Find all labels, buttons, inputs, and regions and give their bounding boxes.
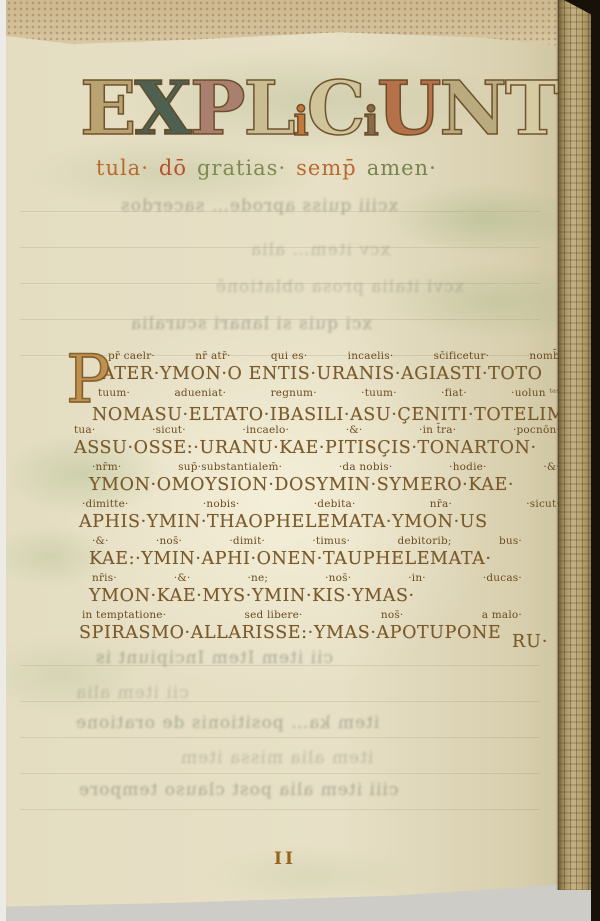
prayer-line: ·dimitte··nobis··debita·nr̄a··sicut·APHI… — [74, 498, 560, 535]
interlinear-gloss: in temptatione·sed libere·nos̄·a malo· — [82, 609, 522, 621]
gloss-word: ·in· — [408, 572, 426, 584]
rubric-word: semp̄ — [296, 156, 357, 180]
prayer-continuation: RU· — [512, 632, 549, 652]
title-letter: C — [307, 66, 364, 152]
gloss-word: ·ne; — [247, 572, 268, 584]
gloss-word: ·uolun ᵗᵃˢ — [511, 387, 560, 399]
gloss-word: ·&· — [92, 535, 109, 547]
title-letter: E — [80, 66, 134, 152]
gloss-word: a malo· — [482, 609, 522, 621]
prayer-line: tuum·adueniat·regnum··tuum··fiat··uolun … — [74, 387, 560, 424]
gloss-word: ·hodie· — [449, 461, 486, 473]
rubric-word: dō — [159, 156, 187, 180]
gloss-word: tuum· — [98, 387, 130, 399]
gloss-word: ·incaelo· — [242, 424, 289, 436]
interlinear-gloss: ·dimitte··nobis··debita·nr̄a··sicut· — [82, 498, 560, 510]
prayer-line: ·nr̄m·sup̄·substantialem̄··da nobis··hod… — [74, 461, 560, 498]
gloss-word: ·nr̄m· — [92, 461, 121, 473]
rubric-word: gratias· — [197, 156, 286, 180]
interlinear-gloss: ·nr̄m·sup̄·substantialem̄··da nobis··hod… — [92, 461, 560, 473]
interlinear-gloss: tuum·adueniat·regnum··tuum··fiat··uolun … — [98, 387, 560, 399]
gloss-word: ·pocnōn· — [513, 424, 560, 436]
gloss-word: sup̄·substantialem̄· — [178, 461, 282, 473]
folio-number: II — [274, 849, 296, 869]
rubric-word: tula· — [96, 156, 149, 180]
title-letter: U — [377, 66, 440, 152]
gloss-word: ·nos̄· — [325, 572, 351, 584]
gloss-word: pr̄ caelr· — [108, 350, 155, 362]
photo-dark-edge — [591, 0, 600, 921]
interlinear-gloss: nr̄is··&··ne;·nos̄··in··ducas· — [92, 572, 522, 584]
gloss-word: debitorib; — [397, 535, 451, 547]
gloss-word: ·tuum· — [361, 387, 397, 399]
gloss-word: nr̄is· — [92, 572, 117, 584]
manuscript-photo: xciii quiss aprode… sacerdosxcv item… al… — [0, 0, 600, 921]
gloss-word: ·fiat· — [441, 387, 467, 399]
title-letter: P — [190, 66, 244, 152]
gloss-word: ·sicut· — [152, 424, 186, 436]
gloss-word: ·da nobis· — [339, 461, 393, 473]
gloss-word: ·dimit· — [229, 535, 265, 547]
gloss-word: sed libere· — [245, 609, 303, 621]
prayer-text: SPIRASMO·ALLARISSE:·YMAS·APOTUPONE — [79, 621, 560, 645]
interlinear-gloss: ·&··nos̄··dimit··timus·debitorib;bus· — [92, 535, 522, 547]
gloss-word: qui es· — [271, 350, 308, 362]
prayer-text: ASSU·OSSE:·URANU·KAE·PITISÇIS·TONARTON· — [74, 436, 560, 460]
prayer-text: YMON·KAE·MYS·YMIN·KIS·YMAS· — [89, 584, 560, 608]
gloss-word: nr̄a· — [430, 498, 452, 510]
gloss-word: ·&· — [346, 424, 363, 436]
prayer-block: Ppr̄ caelr·nr̄ atr̄·qui es·incaelis·sc̄i… — [74, 350, 560, 646]
gloss-word: adueniat· — [174, 387, 226, 399]
gloss-word: ·nobis· — [203, 498, 240, 510]
illuminated-title: EXPLiCiUNTCAPi — [80, 66, 550, 162]
gloss-word: ·ducas· — [483, 572, 522, 584]
interlinear-gloss: tua··sicut··incaelo··&··in t̄ra··pocnōn· — [74, 424, 560, 436]
gloss-word: ·debita· — [314, 498, 356, 510]
gloss-word: ·sicut· — [526, 498, 560, 510]
gloss-word: ·timus· — [312, 535, 350, 547]
gloss-word: nos̄· — [381, 609, 404, 621]
prayer-line: tua··sicut··incaelo··&··in t̄ra··pocnōn·… — [74, 424, 560, 461]
prayer-line: Ppr̄ caelr·nr̄ atr̄·qui es·incaelis·sc̄i… — [74, 350, 560, 387]
gloss-word: incaelis· — [348, 350, 394, 362]
gloss-word: ·dimitte· — [82, 498, 129, 510]
title-letter: L — [243, 66, 293, 152]
gloss-word: ·&· — [174, 572, 191, 584]
gloss-word: ·in t̄ra· — [419, 424, 456, 436]
gloss-word: in temptatione· — [82, 609, 166, 621]
prayer-line: in temptatione·sed libere·nos̄·a malo·SP… — [74, 609, 560, 646]
title-letter: T — [505, 66, 558, 152]
parchment-top-fold — [6, 0, 562, 46]
prayer-text: KAE:·YMIN·APHI·ONEN·TAUPHELEMATA· — [89, 547, 560, 571]
photo-left-margin — [0, 0, 6, 921]
gloss-word: ·nos̄· — [156, 535, 182, 547]
title-letter: i — [364, 92, 377, 152]
gloss-word: nr̄ atr̄· — [195, 350, 230, 362]
prayer-text: ATER·YMON·O ENTIS·URANIS·AGIASTI·TOTO — [102, 362, 560, 386]
rubric-line: tula·dōgratias·semp̄amen· — [96, 156, 496, 180]
title-letter: i — [294, 92, 307, 152]
rubric-word: amen· — [367, 156, 437, 180]
prayer-line: nr̄is··&··ne;·nos̄··in··ducas·YMON·KAE·M… — [74, 572, 560, 609]
gloss-word: regnum· — [271, 387, 317, 399]
book-fore-edge — [558, 0, 592, 890]
gloss-word: sc̄ificetur· — [434, 350, 490, 362]
interlinear-gloss: pr̄ caelr·nr̄ atr̄·qui es·incaelis·sc̄if… — [108, 350, 560, 362]
prayer-line: ·&··nos̄··dimit··timus·debitorib;bus·KAE… — [74, 535, 560, 572]
prayer-text: YMON·OMOYSION·DOSYMIN·SYMERO·KAE· — [89, 473, 560, 497]
gloss-word: tua· — [74, 424, 95, 436]
prayer-text: NOMASU·ELTATO·IBASILI·ASU·ÇENITI·TOTELIM… — [92, 399, 560, 427]
title-letter: N — [439, 66, 505, 152]
gloss-word: bus· — [499, 535, 522, 547]
title-letter: X — [134, 66, 189, 152]
prayer-text: APHIS·YMIN·THAOPHELEMATA·YMON·US — [79, 510, 560, 534]
